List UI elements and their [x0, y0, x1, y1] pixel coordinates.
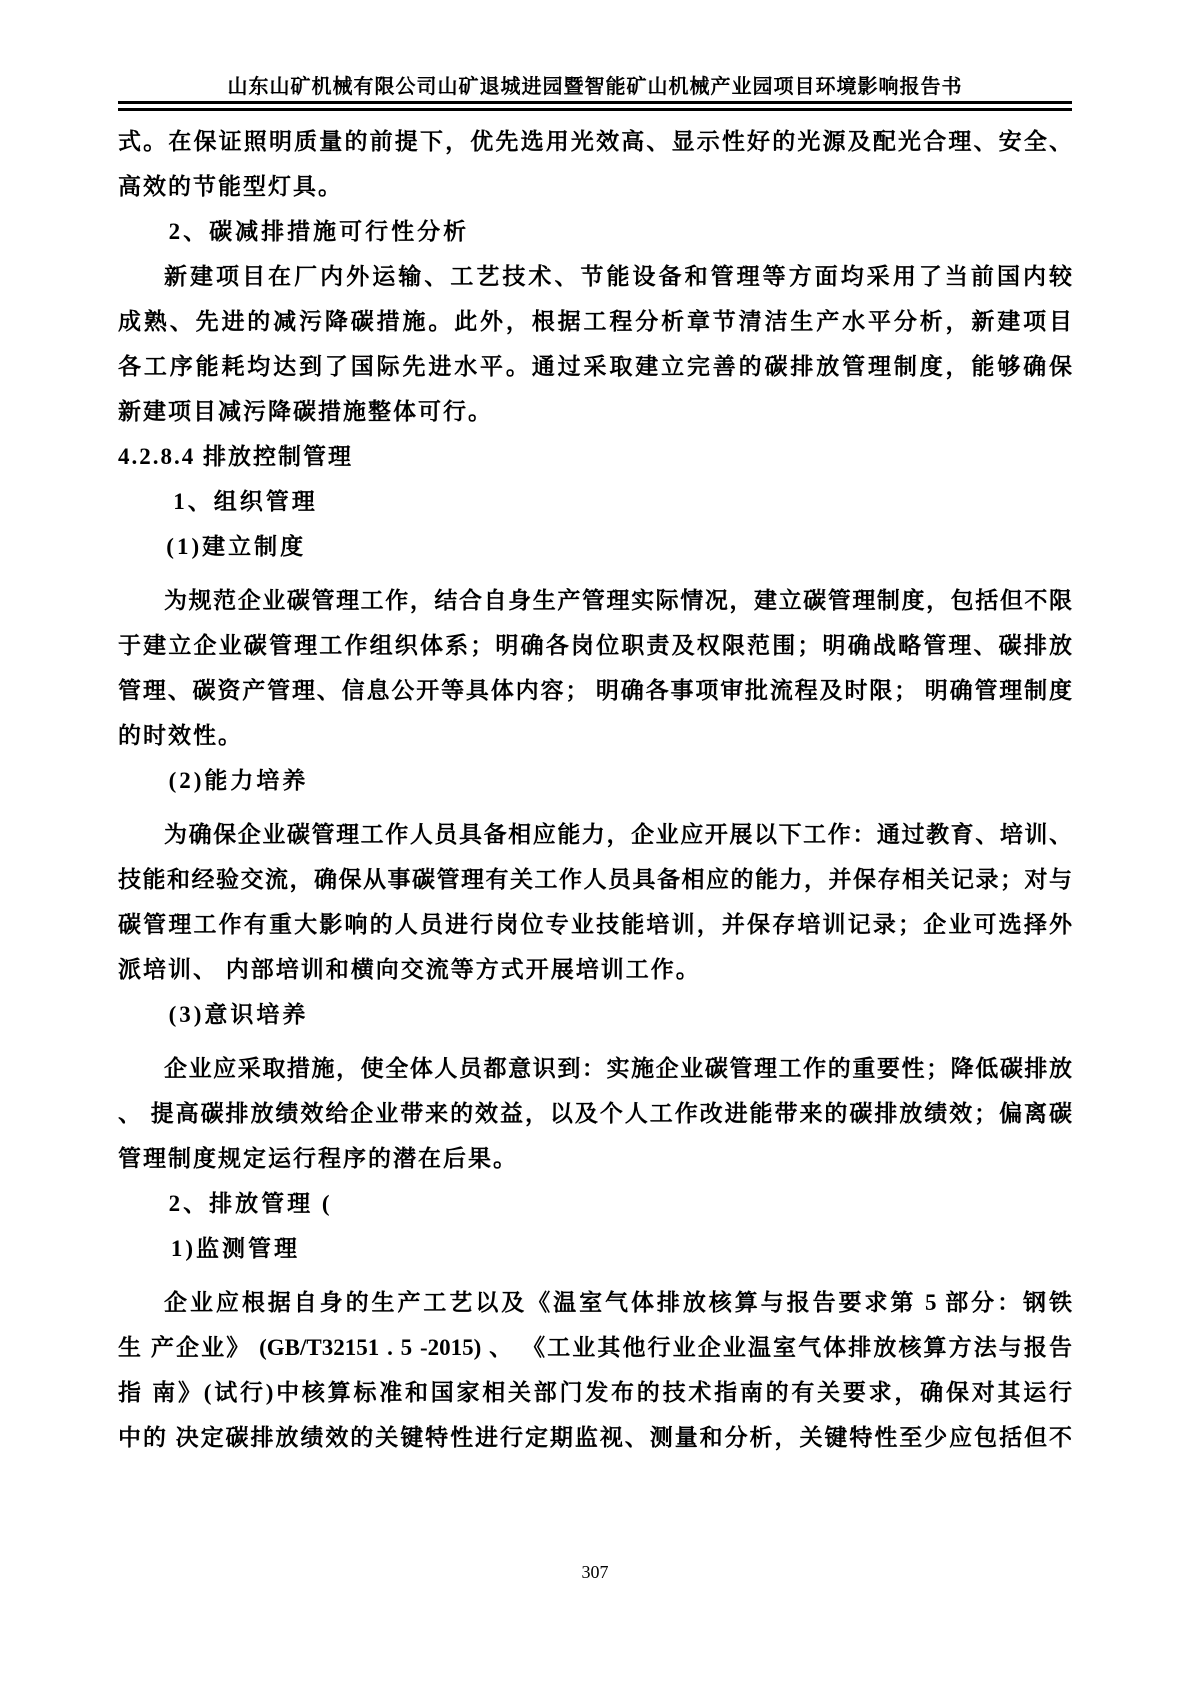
text-line: 企业应根据自身的生产工艺以及《温室气体排放核算与报告要求第 5 部分：钢铁 — [118, 1280, 1072, 1325]
paragraph: 企业应采取措施，使全体人员都意识到：实施企业碳管理工作的重要性；降低碳排放、 提… — [118, 1046, 1072, 1181]
text-line: 新建项目在厂内外运输、工艺技术、节能设备和管理等方面均采用了当前国内较 — [118, 254, 1072, 299]
page-footer: 307 — [0, 1562, 1190, 1583]
text-line: (3)意识培养 — [118, 992, 1072, 1037]
text-line: 碳管理工作有重大影响的人员进行岗位专业技能培训，并保存培训记录；企业可选择外 — [118, 902, 1072, 947]
numbered-heading: (1)建立制度 — [118, 524, 1072, 569]
text-line: 各工序能耗均达到了国际先进水平。通过采取建立完善的碳排放管理制度，能够确保 — [118, 344, 1072, 389]
header-rule — [118, 101, 1072, 111]
numbered-heading: 2、排放管理 ( — [118, 1181, 1072, 1226]
text-line: 1)监测管理 — [118, 1226, 1072, 1271]
text-line: (1)建立制度 — [118, 524, 1072, 569]
document-body: 式。在保证照明质量的前提下，优先选用光效高、显示性好的光源及配光合理、安全、高效… — [118, 119, 1072, 1460]
text-line: 为确保企业碳管理工作人员具备相应能力，企业应开展以下工作：通过教育、培训、 — [118, 812, 1072, 857]
text-line: 新建项目减污降碳措施整体可行。 — [118, 389, 1072, 434]
document-page: 山东山矿机械有限公司山矿退城进园暨智能矿山机械产业园项目环境影响报告书 式。在保… — [0, 0, 1190, 1683]
numbered-heading: (3)意识培养 — [118, 992, 1072, 1037]
text-line: 管理制度规定运行程序的潜在后果。 — [118, 1136, 1072, 1181]
text-line: 中的 决定碳排放绩效的关键特性进行定期监视、测量和分析，关键特性至少应包括但不 — [118, 1415, 1072, 1460]
text-line: 于建立企业碳管理工作组织体系；明确各岗位职责及权限范围；明确战略管理、碳排放 — [118, 623, 1072, 668]
text-line: 的时效性。 — [118, 713, 1072, 758]
text-line: 2、碳减排措施可行性分析 — [118, 209, 1072, 254]
text-line: 管理、碳资产管理、信息公开等具体内容； 明确各事项审批流程及时限； 明确管理制度 — [118, 668, 1072, 713]
page-header: 山东山矿机械有限公司山矿退城进园暨智能矿山机械产业园项目环境影响报告书 — [118, 76, 1072, 111]
text-line: 派培训、 内部培训和横向交流等方式开展培训工作。 — [118, 947, 1072, 992]
text-line: 企业应采取措施，使全体人员都意识到：实施企业碳管理工作的重要性；降低碳排放 — [118, 1046, 1072, 1091]
text-line: 生 产企业》 (GB/T32151 . 5 -2015) 、 《工业其他行业企业… — [118, 1325, 1072, 1370]
text-line: 4.2.8.4 排放控制管理 — [118, 434, 1072, 479]
text-line: 、 提高碳排放绩效给企业带来的效益，以及个人工作改进能带来的碳排放绩效；偏离碳 — [118, 1091, 1072, 1136]
paragraph: 企业应根据自身的生产工艺以及《温室气体排放核算与报告要求第 5 部分：钢铁生 产… — [118, 1280, 1072, 1460]
numbered-heading: 1)监测管理 — [118, 1226, 1072, 1271]
section-heading: 4.2.8.4 排放控制管理 — [118, 434, 1072, 479]
text-line: 式。在保证照明质量的前提下，优先选用光效高、显示性好的光源及配光合理、安全、 — [118, 119, 1072, 164]
paragraph: 为确保企业碳管理工作人员具备相应能力，企业应开展以下工作：通过教育、培训、技能和… — [118, 812, 1072, 992]
numbered-heading: (2)能力培养 — [118, 758, 1072, 803]
text-line: 1、组织管理 — [118, 479, 1072, 524]
header-title: 山东山矿机械有限公司山矿退城进园暨智能矿山机械产业园项目环境影响报告书 — [118, 76, 1072, 98]
paragraph: 为规范企业碳管理工作，结合自身生产管理实际情况，建立碳管理制度，包括但不限于建立… — [118, 578, 1072, 758]
page-number: 307 — [582, 1562, 609, 1582]
paragraph: 新建项目在厂内外运输、工艺技术、节能设备和管理等方面均采用了当前国内较成熟、先进… — [118, 254, 1072, 434]
text-line: 指 南》(试行)中核算标准和国家相关部门发布的技术指南的有关要求，确保对其运行 — [118, 1370, 1072, 1415]
text-line: 为规范企业碳管理工作，结合自身生产管理实际情况，建立碳管理制度，包括但不限 — [118, 578, 1072, 623]
text-line: 2、排放管理 ( — [118, 1181, 1072, 1226]
paragraph: 式。在保证照明质量的前提下，优先选用光效高、显示性好的光源及配光合理、安全、高效… — [118, 119, 1072, 209]
text-line: 高效的节能型灯具。 — [118, 164, 1072, 209]
text-line: (2)能力培养 — [118, 758, 1072, 803]
numbered-heading: 1、组织管理 — [118, 479, 1072, 524]
text-line: 技能和经验交流，确保从事碳管理有关工作人员具备相应的能力，并保存相关记录；对与 — [118, 857, 1072, 902]
text-line: 成熟、先进的减污降碳措施。此外，根据工程分析章节清洁生产水平分析，新建项目 — [118, 299, 1072, 344]
numbered-heading: 2、碳减排措施可行性分析 — [118, 209, 1072, 254]
